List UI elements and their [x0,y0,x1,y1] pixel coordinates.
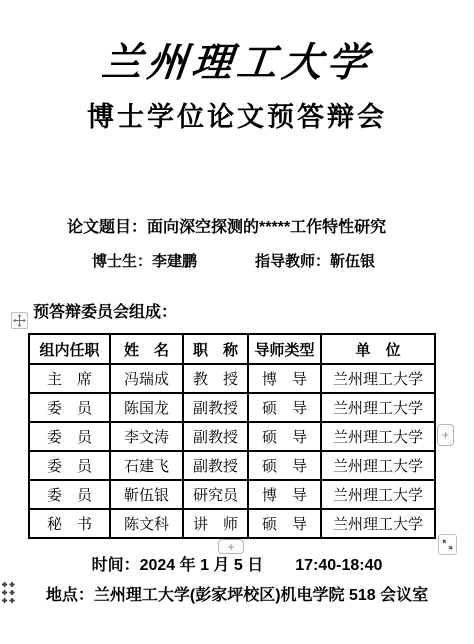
table-cell: 兰州理工大学 [321,422,435,451]
table-cell: 兰州理工大学 [321,393,435,422]
table-cell: 博 导 [248,364,321,393]
table-cell: 冯瑞成 [110,364,183,393]
table-cell: 兰州理工大学 [321,480,435,509]
table-cell: 委 员 [29,422,110,451]
drag-grip[interactable] [2,582,15,604]
committee-table: 组内任职姓 名职 称导师类型单 位 主 席冯瑞成教 授博 导兰州理工大学委 员陈… [28,333,436,539]
committee-section-title: 预答辩委员会组成： [33,303,177,323]
table-row: 委 员李文涛副教授硕 导兰州理工大学 [29,422,435,451]
table-cell: 李文涛 [110,422,183,451]
table-cell: 硕 导 [248,509,321,538]
table-cell: 兰州理工大学 [321,451,435,480]
table-cell: 研究员 [183,480,248,509]
table-cell: 陈文科 [110,509,183,538]
table-row: 秘 书陈文科讲 师硕 导兰州理工大学 [29,509,435,538]
doctoral-student-label: 博士生：李建鹏 [92,252,197,271]
table-cell: 兰州理工大学 [321,364,435,393]
table-cell: 博 导 [248,480,321,509]
table-cell: 硕 导 [248,422,321,451]
table-header-row: 组内任职姓 名职 称导师类型单 位 [29,334,435,364]
column-header: 姓 名 [110,334,183,364]
document-page: 兰州理工大学 博士学位论文预答辩会 论文题目：面向深空探测的*****工作特性研… [0,0,474,644]
column-header: 导师类型 [248,334,321,364]
insert-row-button[interactable]: + [218,539,244,554]
table-cell: 委 员 [29,480,110,509]
table-cell: 副教授 [183,451,248,480]
table-cell: 硕 导 [248,393,321,422]
table-cell: 硕 导 [248,451,321,480]
thesis-topic-line: 论文题目：面向深空探测的*****工作特性研究 [67,218,386,238]
table-row: 主 席冯瑞成教 授博 导兰州理工大学 [29,364,435,393]
table-cell: 副教授 [183,422,248,451]
table-cell: 秘 书 [29,509,110,538]
table-cell: 主 席 [29,364,110,393]
table-cell: 委 员 [29,451,110,480]
table-cell: 靳伍银 [110,480,183,509]
table-cell: 副教授 [183,393,248,422]
column-header: 单 位 [321,334,435,364]
grip-dots-icon [2,582,15,604]
advisor-label: 指导教师：靳伍银 [255,252,375,271]
table-cell: 教 授 [183,364,248,393]
page-title: 博士学位论文预答辩会 [0,100,474,134]
table-cell: 讲 师 [183,509,248,538]
table-row: 委 员石建飞副教授硕 导兰州理工大学 [29,451,435,480]
table-resize-handle[interactable] [438,534,457,555]
column-header: 职 称 [183,334,248,364]
table-cell: 陈国龙 [110,393,183,422]
time-line: 时间：2024 年 1 月 5 日 17:40-18:40 [0,556,474,576]
table-cell: 兰州理工大学 [321,509,435,538]
column-header: 组内任职 [29,334,110,364]
diagonal-resize-icon [441,538,454,551]
table-row: 委 员靳伍银研究员博 导兰州理工大学 [29,480,435,509]
table-row: 委 员陈国龙副教授硕 导兰州理工大学 [29,393,435,422]
insert-column-button[interactable]: + [437,424,454,446]
move-icon [13,314,26,327]
university-logo-calligraphy: 兰州理工大学 [0,36,474,90]
location-line: 地点：兰州理工大学(彭家坪校区)机电学院 518 会议室 [0,586,474,606]
table-cell: 委 员 [29,393,110,422]
table-move-handle[interactable] [11,312,28,329]
table-cell: 石建飞 [110,451,183,480]
